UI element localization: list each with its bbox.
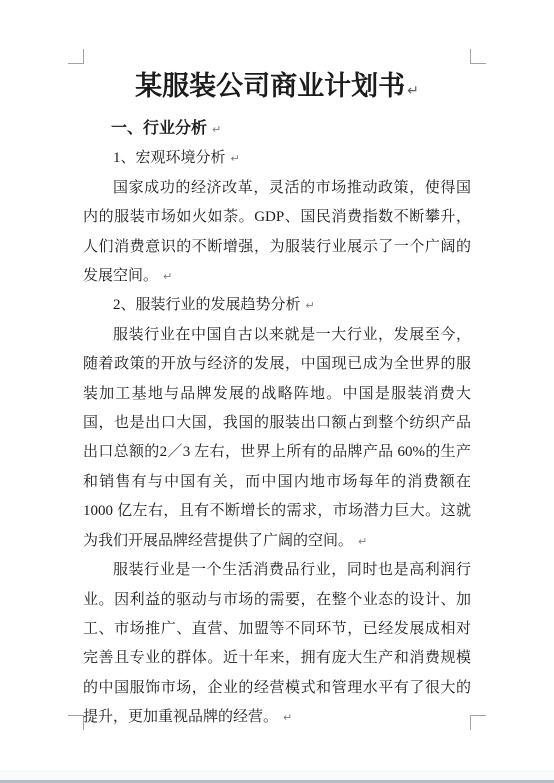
- margin-crop-mark-bottom-left: [68, 715, 84, 730]
- heading-text: 一、行业分析: [111, 120, 207, 137]
- paragraph-mark-icon: ↵: [353, 535, 367, 548]
- subheading-macro-environment[interactable]: 1、宏观环境分析↵: [83, 144, 471, 173]
- margin-crop-mark-top-right: [470, 49, 486, 64]
- subheading-text: 2、服装行业的发展趋势分析: [113, 297, 301, 313]
- paragraph-macro-environment[interactable]: 国家成功的经济改革，灵活的市场推动政策，使得国内的服装市场如火如荼。GDP、国民…: [83, 174, 471, 292]
- margin-crop-mark-top-left: [68, 49, 84, 64]
- document-page: 某服装公司商业计划书↵ 一、行业分析↵ 1、宏观环境分析↵ 国家成功的经济改革，…: [0, 0, 554, 783]
- document-text-area[interactable]: 某服装公司商业计划书↵ 一、行业分析↵ 1、宏观环境分析↵ 国家成功的经济改革，…: [83, 64, 471, 733]
- paragraph-mark-icon: ↵: [301, 299, 315, 312]
- paragraph-trend-analysis-2[interactable]: 服装行业是一个生活消费品行业，同时也是高利润行业。因利益的驱动与市场的需要，在整…: [83, 556, 471, 732]
- heading-industry-analysis[interactable]: 一、行业分析↵: [83, 114, 471, 144]
- paragraph-text: 服装行业是一个生活消费品行业，同时也是高利润行业。因利益的驱动与市场的需要，在整…: [83, 562, 471, 725]
- paragraph-text: 国家成功的经济改革，灵活的市场推动政策，使得国内的服装市场如火如荼。GDP、国民…: [83, 180, 471, 284]
- paragraph-mark-icon: ↵: [226, 152, 240, 165]
- paragraph-mark-icon: ↵: [207, 123, 221, 136]
- paragraph-mark-icon: ↵: [278, 711, 292, 724]
- margin-crop-mark-bottom-right: [470, 715, 486, 730]
- document-title[interactable]: 某服装公司商业计划书↵: [83, 64, 471, 114]
- page-bottom-fade: [0, 771, 554, 780]
- paragraph-trend-analysis-1[interactable]: 服装行业在中国自古以来就是一大行业，发展至今，随着政策的开放与经济的发展，中国现…: [83, 321, 471, 556]
- paragraph-mark-icon: ↵: [405, 83, 419, 99]
- paragraph-text: 服装行业在中国自古以来就是一大行业，发展至今，随着政策的开放与经济的发展，中国现…: [83, 327, 471, 549]
- subheading-trend-analysis[interactable]: 2、服装行业的发展趋势分析↵: [83, 291, 471, 320]
- paragraph-mark-icon: ↵: [158, 270, 172, 283]
- document-title-text: 某服装公司商业计划书: [135, 71, 405, 101]
- subheading-text: 1、宏观环境分析: [113, 150, 226, 166]
